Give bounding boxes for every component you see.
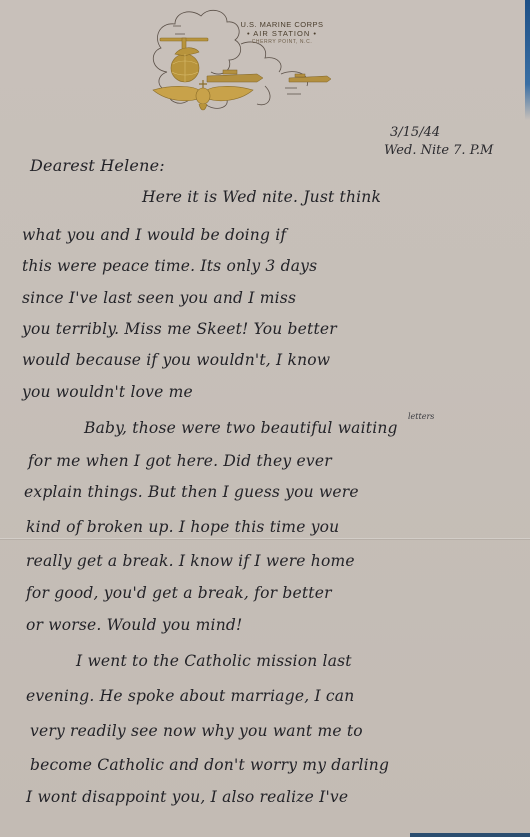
letterhead-line-3: CHERRY POINT, N.C. [227, 38, 337, 46]
letterhead: U.S. MARINE CORPS • AIR STATION • CHERRY… [145, 4, 395, 116]
letter-paper: U.S. MARINE CORPS • AIR STATION • CHERRY… [0, 0, 530, 837]
letter-line: for me when I got here. Did they ever [28, 452, 332, 470]
letter-line: you terribly. Miss me Skeet! You better [22, 320, 337, 338]
letter-line: very readily see now why you want me to [30, 722, 363, 740]
letter-line: since I've last seen you and I miss [22, 289, 296, 307]
letter-line: I wont disappoint you, I also realize I'… [26, 788, 348, 806]
letter-line: would because if you wouldn't, I know [22, 351, 330, 369]
paper-fold-line [0, 538, 530, 539]
inserted-word: letters [408, 412, 434, 421]
background-edge-bottom [410, 833, 530, 837]
letter-line: or worse. Would you mind! [26, 616, 242, 634]
background-edge [525, 0, 530, 120]
letter-line: explain things. But then I guess you wer… [24, 483, 359, 501]
letter-line: become Catholic and don't worry my darli… [30, 756, 389, 774]
letter-line: you wouldn't love me [22, 383, 193, 401]
letter-line: Baby, those were two beautiful waiting [84, 419, 398, 437]
letterhead-line-1: U.S. MARINE CORPS [227, 20, 337, 29]
letterhead-line-2: • AIR STATION • [227, 29, 337, 38]
letter-line: for good, you'd get a break, for better [26, 584, 332, 602]
letter-line: really get a break. I know if I were hom… [26, 552, 355, 570]
letter-line: kind of broken up. I hope this time you [26, 518, 339, 536]
letterhead-text: U.S. MARINE CORPS • AIR STATION • CHERRY… [227, 20, 337, 46]
letter-line: I went to the Catholic mission last [76, 652, 352, 670]
letter-date: 3/15/44 [390, 124, 524, 142]
date-block: 3/15/44 Wed. Nite 7. P.M [384, 124, 524, 160]
letter-line: Here it is Wed nite. Just think [142, 188, 381, 206]
letter-time: Wed. Nite 7. P.M [384, 142, 524, 160]
letter-line: evening. He spoke about marriage, I can [26, 687, 354, 705]
letter-line: this were peace time. Its only 3 days [22, 257, 317, 275]
salutation: Dearest Helene: [30, 156, 165, 175]
letter-line: what you and I would be doing if [22, 226, 286, 244]
